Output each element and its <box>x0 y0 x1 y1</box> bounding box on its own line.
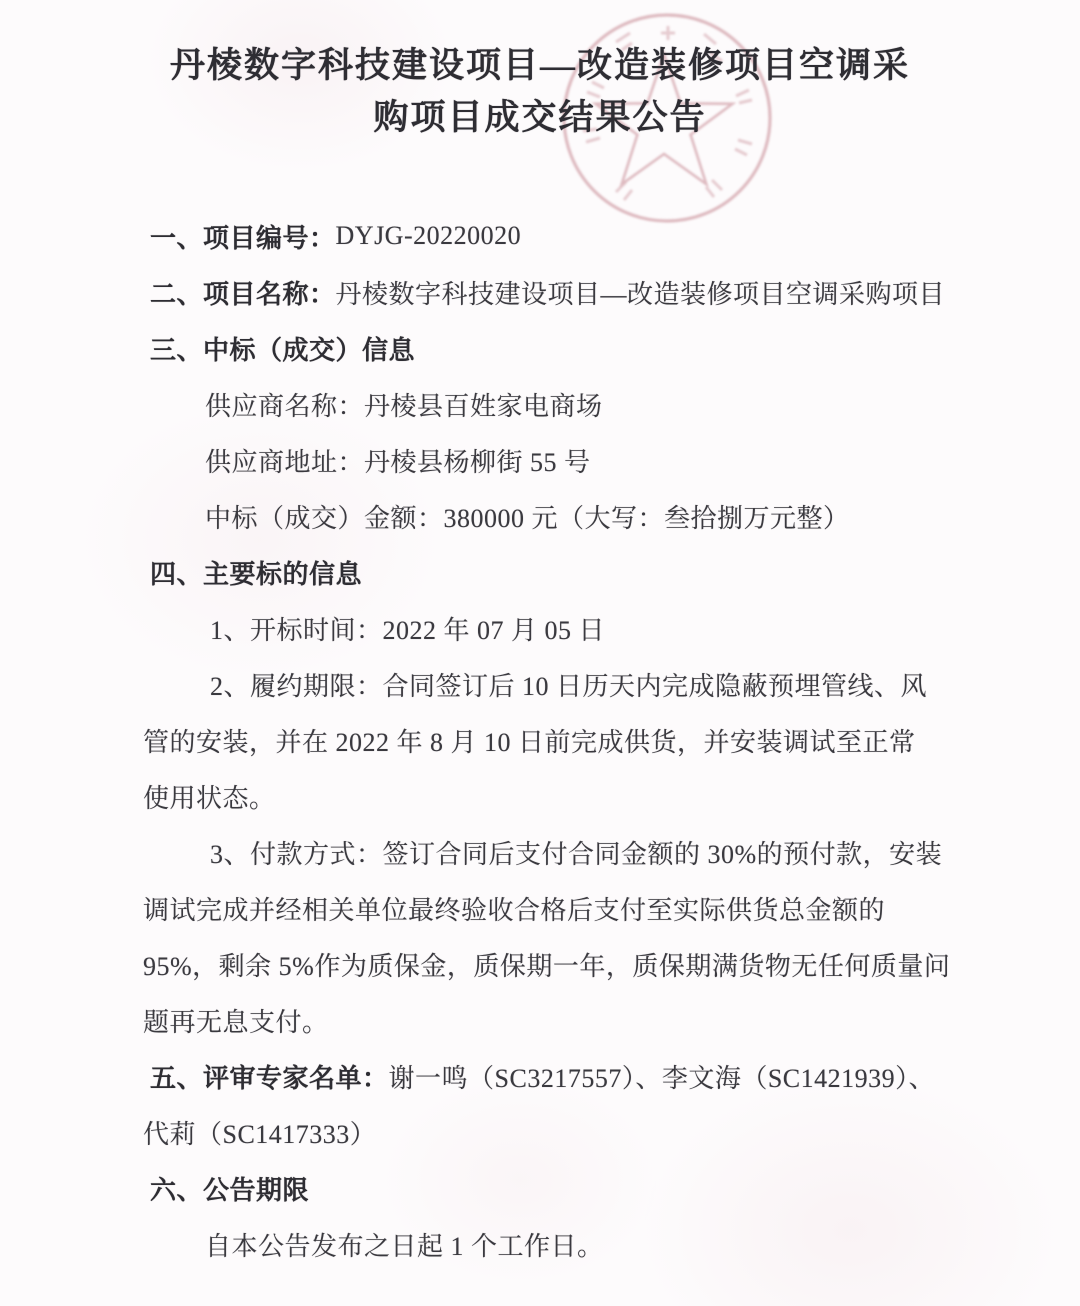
document-line: 3、付款方式：签订合同后支付合同金额的 30%的预付款，安装 <box>0 824 1080 880</box>
document-line: 中标（成交）金额：380000 元（大写：叁拾捌万元整） <box>0 488 1080 544</box>
line-text: 谢一鸣（SC3217557）、李文海（SC1421939）、 <box>389 1058 936 1095</box>
line-text: 自本公告发布之日起 1 个工作日。 <box>205 1226 604 1263</box>
document-line: 2、履约期限：合同签订后 10 日历天内完成隐蔽预埋管线、风 <box>0 656 1080 712</box>
line-label: 一、项目编号： <box>150 218 336 255</box>
line-label: 二、项目名称： <box>150 274 336 311</box>
document-line: 供应商名称：丹棱县百姓家电商场 <box>0 376 1080 432</box>
line-text: 使用状态。 <box>143 778 276 815</box>
scanned-document-page: 丹棱数字科技建设项目—改造装修项目空调采 购项目成交结果公告 一、项目编号：DY… <box>0 0 1080 1306</box>
document-line: 供应商地址：丹棱县杨柳街 55 号 <box>0 432 1080 488</box>
document-line: 使用状态。 <box>0 768 1080 824</box>
document-line: 题再无息支付。 <box>0 992 1080 1048</box>
line-label: 五、评审专家名单： <box>150 1058 389 1095</box>
line-text: 丹棱数字科技建设项目—改造装修项目空调采购项目 <box>336 274 946 311</box>
line-label: 三、中标（成交）信息 <box>150 330 415 367</box>
document-line: 调试完成并经相关单位最终验收合格后支付至实际供货总金额的 <box>0 880 1080 936</box>
document-line: 二、项目名称：丹棱数字科技建设项目—改造装修项目空调采购项目 <box>0 264 1080 320</box>
line-text: 1、开标时间：2022 年 07 月 05 日 <box>210 610 605 647</box>
document-line: 六、公告期限 <box>0 1160 1080 1216</box>
line-text: 调试完成并经相关单位最终验收合格后支付至实际供货总金额的 <box>143 890 885 927</box>
document-line: 1、开标时间：2022 年 07 月 05 日 <box>0 600 1080 656</box>
line-text: 95%，剩余 5%作为质保金，质保期一年，质保期满货物无任何质量问 <box>143 946 950 983</box>
line-text: 题再无息支付。 <box>143 1002 329 1039</box>
line-text: 3、付款方式：签订合同后支付合同金额的 30%的预付款，安装 <box>210 834 942 871</box>
document-line: 三、中标（成交）信息 <box>0 320 1080 376</box>
document-line: 95%，剩余 5%作为质保金，质保期一年，质保期满货物无任何质量问 <box>0 936 1080 992</box>
document-body: 一、项目编号：DYJG-20220020二、项目名称：丹棱数字科技建设项目—改造… <box>0 208 1080 1272</box>
line-text: DYJG-20220020 <box>336 221 522 251</box>
line-text: 代莉（SC1417333） <box>143 1114 376 1151</box>
document-line: 四、主要标的信息 <box>0 544 1080 600</box>
title-line-1: 丹棱数字科技建设项目—改造装修项目空调采 <box>0 40 1080 92</box>
document-line: 代莉（SC1417333） <box>0 1104 1080 1160</box>
document-line: 五、评审专家名单：谢一鸣（SC3217557）、李文海（SC1421939）、 <box>0 1048 1080 1104</box>
line-label: 六、公告期限 <box>150 1170 309 1207</box>
document-line: 一、项目编号：DYJG-20220020 <box>0 208 1080 264</box>
line-text: 供应商地址：丹棱县杨柳街 55 号 <box>205 442 591 479</box>
title-line-2: 购项目成交结果公告 <box>0 92 1080 144</box>
line-text: 管的安装，并在 2022 年 8 月 10 日前完成供货，并安装调试至正常 <box>143 722 916 759</box>
document-line: 自本公告发布之日起 1 个工作日。 <box>0 1216 1080 1272</box>
line-label: 四、主要标的信息 <box>150 554 362 591</box>
document-title: 丹棱数字科技建设项目—改造装修项目空调采 购项目成交结果公告 <box>0 0 1080 144</box>
line-text: 中标（成交）金额：380000 元（大写：叁拾捌万元整） <box>205 498 850 535</box>
document-line: 管的安装，并在 2022 年 8 月 10 日前完成供货，并安装调试至正常 <box>0 712 1080 768</box>
line-text: 2、履约期限：合同签订后 10 日历天内完成隐蔽预埋管线、风 <box>210 666 927 703</box>
line-text: 供应商名称：丹棱县百姓家电商场 <box>205 386 603 423</box>
